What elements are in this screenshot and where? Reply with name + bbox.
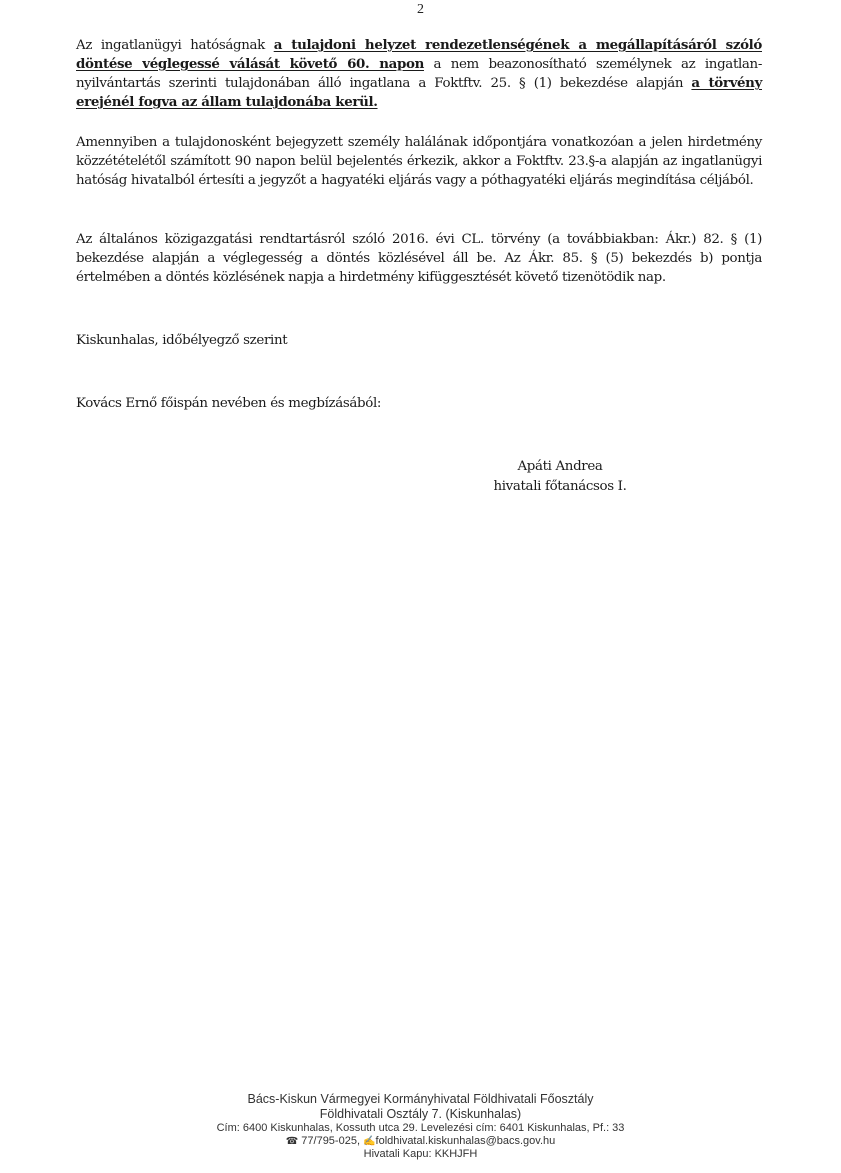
paragraph-legal-consequence: Az ingatlanügyi hatóságnak a tulajdoni h… — [76, 36, 762, 112]
email-icon: ✍ — [363, 1136, 375, 1147]
footer: Bács-Kiskun Vármegyei Kormányhivatal Föl… — [0, 1092, 841, 1161]
on-behalf-of: Kovács Ernő főispán nevében és megbízásá… — [76, 396, 381, 411]
phone-icon: ☎ — [286, 1136, 298, 1147]
footer-organization: Bács-Kiskun Vármegyei Kormányhivatal Föl… — [0, 1092, 841, 1107]
footer-contact: ☎ 77/795-025, ✍foldhivatal.kiskunhalas@b… — [0, 1135, 841, 1148]
paragraph-1-text: Az ingatlanügyi hatóságnak a tulajdoni h… — [76, 36, 762, 112]
paragraph-death-notification: Amennyiben a tulajdonosként bejegyzett s… — [76, 133, 762, 190]
footer-address: Cím: 6400 Kiskunhalas, Kossuth utca 29. … — [0, 1122, 841, 1135]
paragraph-3-text: Az általános közigazgatási rendtartásról… — [76, 230, 762, 287]
signatory-name: Apáti Andrea — [470, 457, 650, 477]
page-number: 2 — [0, 2, 841, 18]
footer-department: Földhivatali Osztály 7. (Kiskunhalas) — [0, 1107, 841, 1122]
paragraph-2-text: Amennyiben a tulajdonosként bejegyzett s… — [76, 133, 762, 190]
paragraph-1-intro: Az ingatlanügyi hatóságnak — [76, 38, 274, 53]
signature-block: Apáti Andrea hivatali főtanácsos I. — [470, 457, 650, 497]
footer-phone: 77/795-025, — [301, 1135, 360, 1147]
footer-office-gateway: Hivatali Kapu: KKHJFH — [0, 1148, 841, 1161]
paragraph-finality: Az általános közigazgatási rendtartásról… — [76, 230, 762, 287]
signatory-title: hivatali főtanácsos I. — [470, 477, 650, 497]
place-and-date: Kiskunhalas, időbélyegző szerint — [76, 333, 287, 348]
footer-email[interactable]: foldhivatal.kiskunhalas@bacs.gov.hu — [376, 1135, 556, 1147]
